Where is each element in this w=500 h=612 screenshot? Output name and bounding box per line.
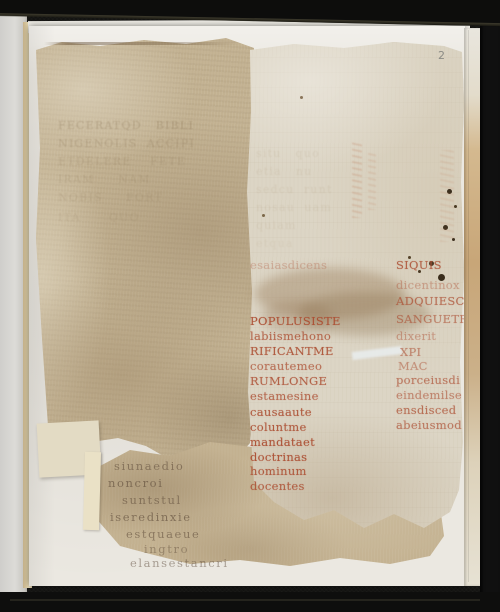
folio-number: 2 [438, 49, 445, 62]
manuscript-text-line: dixerit [396, 329, 436, 343]
ghost-text-line: siunaedio [114, 458, 184, 474]
manuscript-text-line: porceiusdi [396, 373, 460, 387]
paper-guard-strip [83, 452, 101, 530]
ghost-text-line: nosau uam [256, 200, 332, 216]
ghost-text-line: noncroi [108, 475, 163, 491]
fragment-ruled-border [44, 42, 240, 45]
manuscript-text-line: POPULUSISTE [250, 314, 341, 328]
manuscript-text-line: corautemeo [250, 359, 322, 373]
manuscript-text-line: XPI [400, 345, 421, 359]
manuscript-text-line: SIQUIS [396, 258, 442, 272]
book-cover-right [480, 0, 500, 612]
ghost-text-line: sedcu runt [256, 182, 332, 198]
manuscript-text-line: abeiusmod [396, 418, 462, 432]
manuscript-text-line: labiismehono [250, 329, 331, 343]
manuscript-text-line: eindemilse [396, 388, 462, 402]
manuscript-text-line: mandataet [250, 435, 315, 449]
manuscript-text-line: RUMLONGE [250, 374, 327, 388]
manuscript-text-line: docentes [250, 479, 305, 493]
manuscript-text-line: doctrinas [250, 450, 307, 464]
fore-edge-line [468, 30, 469, 582]
manuscript-text-line: MAC [398, 359, 428, 373]
ghost-text-line: elansestancri [130, 555, 229, 571]
ghost-text-line: situ quo [256, 146, 320, 162]
manuscript-text-line: causaaute [250, 405, 312, 419]
book-fore-edge [464, 28, 481, 586]
ghost-text-line: etia nu [256, 164, 312, 180]
red-ink-bleedthrough [352, 140, 362, 218]
ghost-text-line: suntstul [122, 492, 182, 508]
red-ink-bleedthrough [440, 150, 454, 242]
ghost-text-line: FECERATQD BIBLI [58, 118, 194, 134]
manuscript-text-line: ensdisced [396, 403, 456, 417]
manuscript-text-line: esaiasdicens [250, 258, 327, 272]
ghost-text-line: ETDELERE FETE [58, 154, 186, 170]
ghost-text-line: ITA QUO [58, 210, 140, 226]
ghost-text-line: quiam [256, 218, 297, 234]
red-ink-bleedthrough [368, 152, 376, 210]
ghost-text-line: IRAM NAM [58, 172, 151, 188]
ghost-text-line: NIGENOLIS ACCIPI [58, 136, 195, 152]
parchment-fragment-left [34, 38, 256, 470]
manuscript-text-line: estamesine [250, 389, 319, 403]
manuscript-text-line: hominum [250, 464, 307, 478]
manuscript-text-line: coluntme [250, 420, 307, 434]
book-cover-bottom [0, 592, 500, 612]
manuscript-text-line: RIFICANTME [250, 344, 334, 358]
cover-edge-highlight [10, 599, 480, 601]
manuscript-photo: FECERATQD BIBLINIGENOLIS ACCIPIETDELERE … [0, 0, 500, 612]
ghost-text-line: NOBIS FORT [58, 190, 163, 206]
ghost-text-line: estquaeue [126, 526, 200, 542]
ghost-text-line: etqua [256, 236, 294, 252]
manuscript-text-line: dicentinox [396, 278, 460, 292]
ghost-text-line: iseredinxie [110, 509, 192, 525]
